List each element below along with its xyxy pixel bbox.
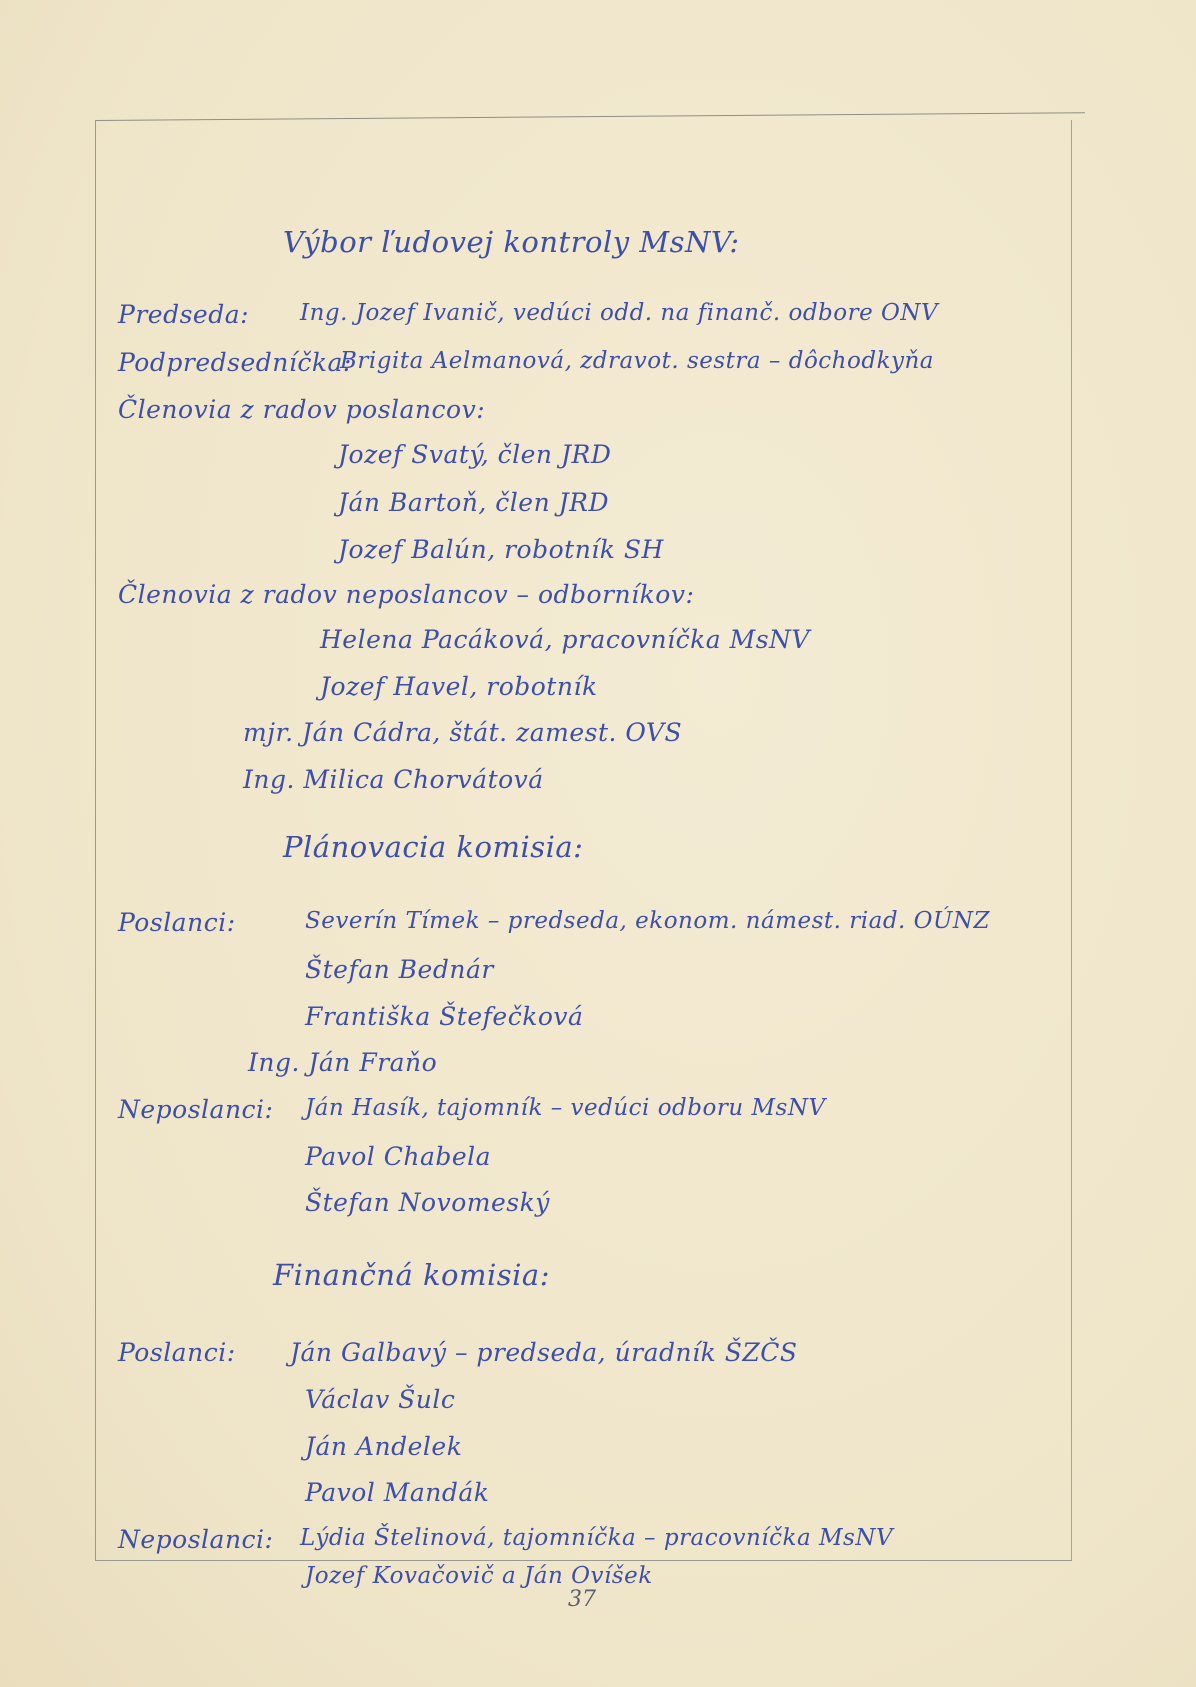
member-entry: Jozef Kovačovič a Ján Ovíšek xyxy=(305,1563,653,1589)
label-clenovia-neposlanci: Členovia z radov neposlancov – odborníko… xyxy=(118,580,694,609)
entry-predseda: Ján Galbavý – predseda, úradník ŠZČS xyxy=(290,1338,797,1367)
member-entry: Ján Andelek xyxy=(305,1432,462,1461)
member-entry: Ing. Milica Chorvátová xyxy=(243,765,544,794)
label-neposlanci: Neposlanci: xyxy=(118,1095,273,1124)
member-entry: Štefan Novomeský xyxy=(305,1188,550,1217)
member-entry: Pavol Mandák xyxy=(305,1478,489,1507)
label-poslanci: Poslanci: xyxy=(118,908,236,937)
member-entry: mjr. Ján Cádra, štát. zamest. OVS xyxy=(243,718,682,747)
entry-tajomnik: Ján Hasík, tajomník – vedúci odboru MsNV xyxy=(305,1095,826,1121)
member-entry: Ing. Ján Fraňo xyxy=(248,1048,437,1077)
member-entry: Pavol Chabela xyxy=(305,1142,491,1171)
label-neposlanci: Neposlanci: xyxy=(118,1525,273,1554)
label-predseda: Predseda: xyxy=(118,300,249,329)
member-entry: Václav Šulc xyxy=(305,1385,455,1414)
member-entry: Jozef Balún, robotník SH xyxy=(338,535,664,564)
label-poslanci: Poslanci: xyxy=(118,1338,236,1367)
member-entry: Jozef Havel, robotník xyxy=(320,672,598,701)
entry-predseda: Severín Tímek – predseda, ekonom. námest… xyxy=(305,908,990,934)
section-title-vybor-ludovej-kontroly: Výbor ľudovej kontroly MsNV: xyxy=(283,225,740,259)
page-number: 37 xyxy=(568,1587,596,1612)
member-entry: Štefan Bednár xyxy=(305,955,494,984)
member-entry: Jozef Svatý, člen JRD xyxy=(338,440,611,469)
member-entry: Ján Bartoň, člen JRD xyxy=(338,488,609,517)
entry-predseda: Ing. Jozef Ivanič, vedúci odd. na finanč… xyxy=(300,300,938,326)
entry-podpredsednicka: Brigita Aelmanová, zdravot. sestra – dôc… xyxy=(340,348,934,374)
member-entry: Helena Pacáková, pracovníčka MsNV xyxy=(320,625,810,654)
entry-tajomnicka: Lýdia Štelinová, tajomníčka – pracovníčk… xyxy=(300,1525,893,1551)
label-clenovia-poslanci: Členovia z radov poslancov: xyxy=(118,395,485,424)
member-entry: Františka Štefečková xyxy=(305,1002,583,1031)
section-title-financna-komisia: Finančná komisia: xyxy=(273,1258,550,1292)
section-title-planovacia-komisia: Plánovacia komisia: xyxy=(283,830,583,864)
label-podpredsednicka: Podpredsedníčka: xyxy=(118,348,352,377)
